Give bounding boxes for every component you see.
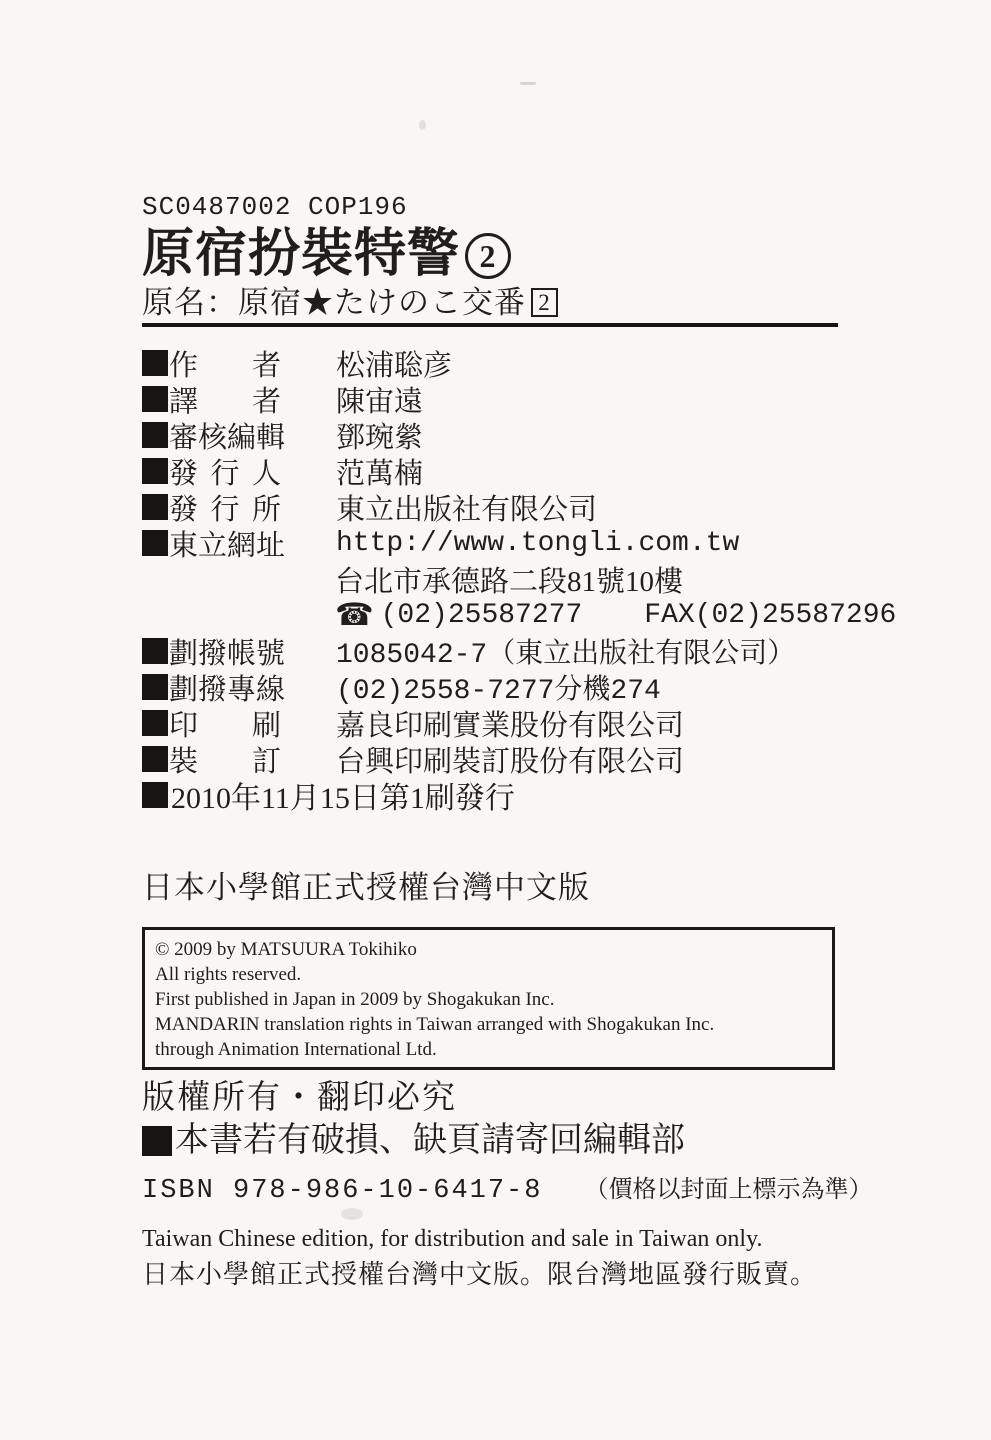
fax-number: FAX(02)25587296 [644, 600, 896, 631]
credit-row-translator: 譯者 陳宙遠 [142, 381, 838, 417]
phone-icon: ☎ [335, 597, 374, 633]
credit-label: 劃撥專線 [169, 667, 281, 708]
phone-number: (02)25587277 [381, 600, 583, 631]
price-note: （價格以封面上標示為準） [584, 1169, 872, 1204]
credit-label: 劃撥帳號 [169, 631, 281, 672]
divider-rule [142, 323, 838, 327]
scan-artifact [520, 82, 536, 85]
rights-statement: 版權所有・翻印必究 [142, 1078, 838, 1118]
copyright-line: First published in Japan in 2009 by Shog… [155, 987, 820, 1012]
bullet-square-icon [142, 746, 168, 772]
credit-value: 松浦聡彦 [336, 343, 452, 384]
credit-label: 審核編輯 [169, 415, 281, 456]
credit-label: 印刷 [169, 703, 281, 744]
scan-artifact [341, 1208, 363, 1220]
bullet-square-icon [142, 674, 168, 700]
damage-notice-row: 本書若有破損、缺頁請寄回編輯部 [142, 1120, 838, 1162]
book-title-text: 原宿扮裝特警 [142, 225, 460, 285]
isbn-row: ISBN 978-986-10-6417-8 （價格以封面上標示為準） [142, 1169, 838, 1206]
credit-label: 發行所 [169, 487, 281, 528]
postal-hotline-number: (02)2558-7277分機274 [336, 667, 661, 707]
damage-notice-text: 本書若有破損、缺頁請寄回編輯部 [175, 1120, 685, 1162]
credit-label: 譯者 [169, 379, 281, 420]
isbn-number: ISBN 978-986-10-6417-8 [142, 1176, 542, 1206]
bullet-square-icon [142, 386, 168, 412]
copyright-box: © 2009 by MATSUURA Tokihiko All rights r… [142, 927, 835, 1070]
credit-value: 嘉良印刷實業股份有限公司 [336, 703, 684, 744]
bullet-square-icon [142, 1126, 172, 1156]
phone-fax-row: ☎ (02)25587277 FAX(02)25587296 [335, 597, 838, 633]
license-heading: 日本小學館正式授權台灣中文版 [142, 869, 838, 907]
credit-label: 作者 [169, 343, 281, 384]
volume-circled-number: 2 [465, 233, 511, 279]
credit-value: 東立出版社有限公司 [336, 487, 597, 528]
credit-row-publisher: 發行所 東立出版社有限公司 [142, 489, 838, 525]
copyright-line: MANDARIN translation rights in Taiwan ar… [155, 1012, 820, 1037]
credit-row-postal-hotline: 劃撥專線 (02)2558-7277分機274 [142, 669, 838, 705]
original-title: 原名：原宿★たけのこ交番 2 [142, 285, 838, 321]
original-title-text: 原名：原宿★たけのこ交番 [142, 285, 526, 321]
distribution-note-chinese: 日本小學館正式授權台灣中文版。限台灣地區發行販賣。 [142, 1258, 838, 1292]
product-code: SC0487002 COP196 [142, 193, 838, 221]
copyright-line: through Animation International Ltd. [155, 1037, 820, 1062]
credit-row-website: 東立網址 http://www.tongli.com.tw [142, 525, 838, 561]
credit-row-printer: 印刷 嘉良印刷實業股份有限公司 [142, 705, 838, 741]
bullet-square-icon [142, 638, 168, 664]
bullet-square-icon [142, 494, 168, 520]
copyright-line: All rights reserved. [155, 962, 820, 987]
edition-date-row: 2010年11月15日第1刷發行 [142, 777, 838, 813]
credit-label: 發行人 [169, 451, 281, 492]
distribution-note-english: Taiwan Chinese edition, for distribution… [142, 1223, 838, 1255]
colophon-page: SC0487002 COP196 原宿扮裝特警 2 原名：原宿★たけのこ交番 2… [0, 0, 991, 1440]
scan-artifact [419, 120, 426, 130]
credit-value: 范萬楠 [336, 451, 423, 492]
credit-row-postal-account: 劃撥帳號 1085042-7（東立出版社有限公司） [142, 633, 838, 669]
credit-label: 東立網址 [169, 523, 281, 564]
credits-list: 作者 松浦聡彦 譯者 陳宙遠 審核編輯 鄧琬縈 發行人 范萬楠 發行所 東立出版… [142, 345, 838, 813]
credit-value: 鄧琬縈 [336, 415, 423, 456]
credit-row-editor: 審核編輯 鄧琬縈 [142, 417, 838, 453]
bullet-square-icon [142, 350, 168, 376]
bullet-square-icon [142, 710, 168, 736]
credit-row-publisher-person: 發行人 范萬楠 [142, 453, 838, 489]
publisher-address-row: 台北市承德路二段81號10樓 [335, 561, 838, 597]
book-title: 原宿扮裝特警 2 [142, 225, 838, 285]
credit-row-author: 作者 松浦聡彦 [142, 345, 838, 381]
credit-row-binder: 裝訂 台興印刷裝訂股份有限公司 [142, 741, 838, 777]
bullet-square-icon [142, 782, 168, 808]
bullet-square-icon [142, 422, 168, 448]
bullet-square-icon [142, 458, 168, 484]
original-volume-boxed-number: 2 [531, 288, 558, 317]
publisher-address: 台北市承德路二段81號10樓 [335, 559, 683, 600]
website-url: http://www.tongli.com.tw [336, 528, 739, 559]
edition-date: 2010年11月15日第1刷發行 [171, 773, 515, 817]
postal-account-number: 1085042-7（東立出版社有限公司） [336, 631, 795, 671]
bullet-square-icon [142, 530, 168, 556]
copyright-line: © 2009 by MATSUURA Tokihiko [155, 937, 820, 962]
credit-value: 陳宙遠 [336, 379, 423, 420]
